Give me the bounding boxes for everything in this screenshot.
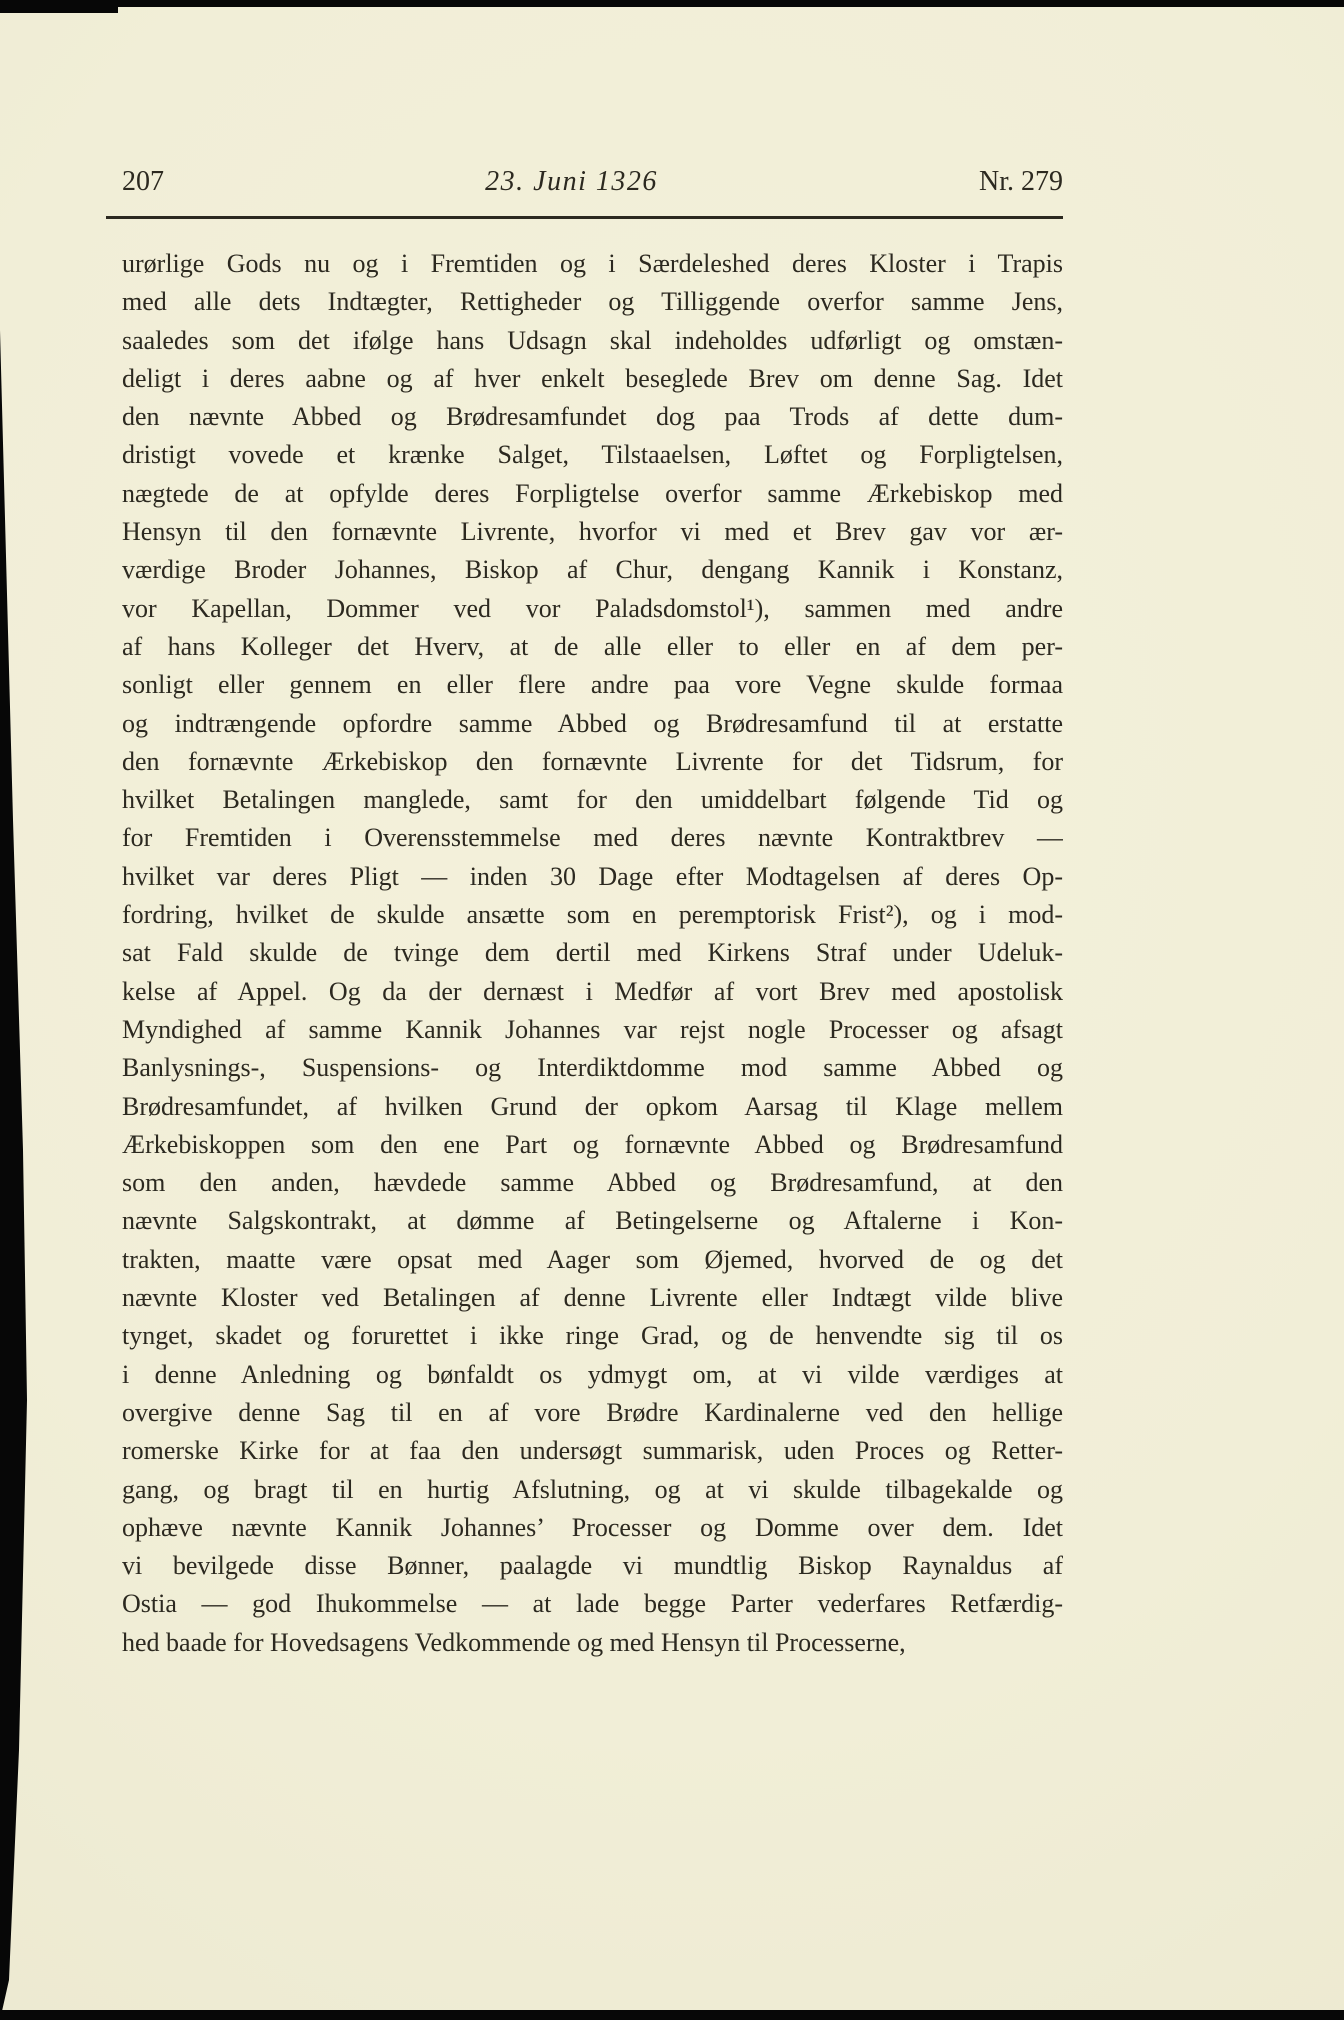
body-text: urørlige Gods nu og i Fremtiden og i Sær… xyxy=(122,245,1063,1662)
text-line: deligt i deres aabne og af hver enkelt b… xyxy=(122,360,1063,398)
text-line: nævnte Salgskontrakt, at dømme af Beting… xyxy=(122,1202,1063,1240)
header-rule xyxy=(106,216,1063,219)
text-line: urørlige Gods nu og i Fremtiden og i Sær… xyxy=(122,245,1063,283)
text-line: ophæve nævnte Kannik Johannes’ Processer… xyxy=(122,1509,1063,1547)
text-line: Ærkebiskoppen som den ene Part og fornæv… xyxy=(122,1126,1063,1164)
text-line: sonligt eller gennem en eller flere andr… xyxy=(122,666,1063,704)
text-line: overgive denne Sag til en af vore Brødre… xyxy=(122,1394,1063,1432)
text-line: Myndighed af samme Kannik Johannes var r… xyxy=(122,1011,1063,1049)
text-line: romerske Kirke for at faa den undersøgt … xyxy=(122,1432,1063,1470)
text-line: med alle dets Indtægter, Rettigheder og … xyxy=(122,283,1063,321)
text-line: tynget, skadet og forurettet i ikke ring… xyxy=(122,1317,1063,1355)
text-line: vor Kapellan, Dommer ved vor Paladsdomst… xyxy=(122,590,1063,628)
text-line: Brødresamfundet, af hvilken Grund der op… xyxy=(122,1088,1063,1126)
text-line: fordring, hvilket de skulde ansætte som … xyxy=(122,896,1063,934)
scan-edge-top xyxy=(0,0,1344,7)
text-line: sat Fald skulde de tvinge dem dertil med… xyxy=(122,934,1063,972)
text-line: nægtede de at opfylde deres Forpligtelse… xyxy=(122,475,1063,513)
scan-edge-top-left xyxy=(0,0,118,13)
text-line: saaledes som det ifølge hans Udsagn skal… xyxy=(122,322,1063,360)
text-line: i denne Anledning og bønfaldt os ydmygt … xyxy=(122,1356,1063,1394)
page-number: 207 xyxy=(122,166,164,198)
text-line: vi bevilgede disse Bønner, paalagde vi m… xyxy=(122,1547,1063,1585)
text-line: som den anden, hævdede samme Abbed og Br… xyxy=(122,1164,1063,1202)
text-line: af hans Kolleger det Hverv, at de alle e… xyxy=(122,628,1063,666)
text-line: nævnte Kloster ved Betalingen af denne L… xyxy=(122,1279,1063,1317)
text-line: Ostia — god Ihukommelse — at lade begge … xyxy=(122,1585,1063,1623)
header-date: 23. Juni 1326 xyxy=(485,166,658,198)
text-line: den fornævnte Ærkebiskop den fornævnte L… xyxy=(122,743,1063,781)
document-number: Nr. 279 xyxy=(979,166,1063,198)
text-line: kelse af Appel. Og da der dernæst i Medf… xyxy=(122,973,1063,1011)
text-line: for Fremtiden i Overensstemmelse med der… xyxy=(122,819,1063,857)
text-line: hvilket Betalingen manglede, samt for de… xyxy=(122,781,1063,819)
text-line: hvilket var deres Pligt — inden 30 Dage … xyxy=(122,858,1063,896)
text-line: Banlysnings-, Suspensions- og Interdiktd… xyxy=(122,1049,1063,1087)
page-header: 207 23. Juni 1326 Nr. 279 xyxy=(122,166,1063,198)
scanned-book-page: 207 23. Juni 1326 Nr. 279 urørlige Gods … xyxy=(0,0,1344,2020)
text-line: den nævnte Abbed og Brødresamfundet dog … xyxy=(122,398,1063,436)
text-line: dristigt vovede et krænke Salget, Tilsta… xyxy=(122,436,1063,474)
text-line: trakten, maatte være opsat med Aager som… xyxy=(122,1241,1063,1279)
text-line: hed baade for Hovedsagens Vedkommende og… xyxy=(122,1624,1063,1662)
text-line: Hensyn til den fornævnte Livrente, hvorf… xyxy=(122,513,1063,551)
text-line: gang, og bragt til en hurtig Afslutning,… xyxy=(122,1471,1063,1509)
scan-edge-bottom xyxy=(0,2010,1344,2020)
text-line: og indtrængende opfordre samme Abbed og … xyxy=(122,705,1063,743)
text-line: værdige Broder Johannes, Biskop af Chur,… xyxy=(122,551,1063,589)
